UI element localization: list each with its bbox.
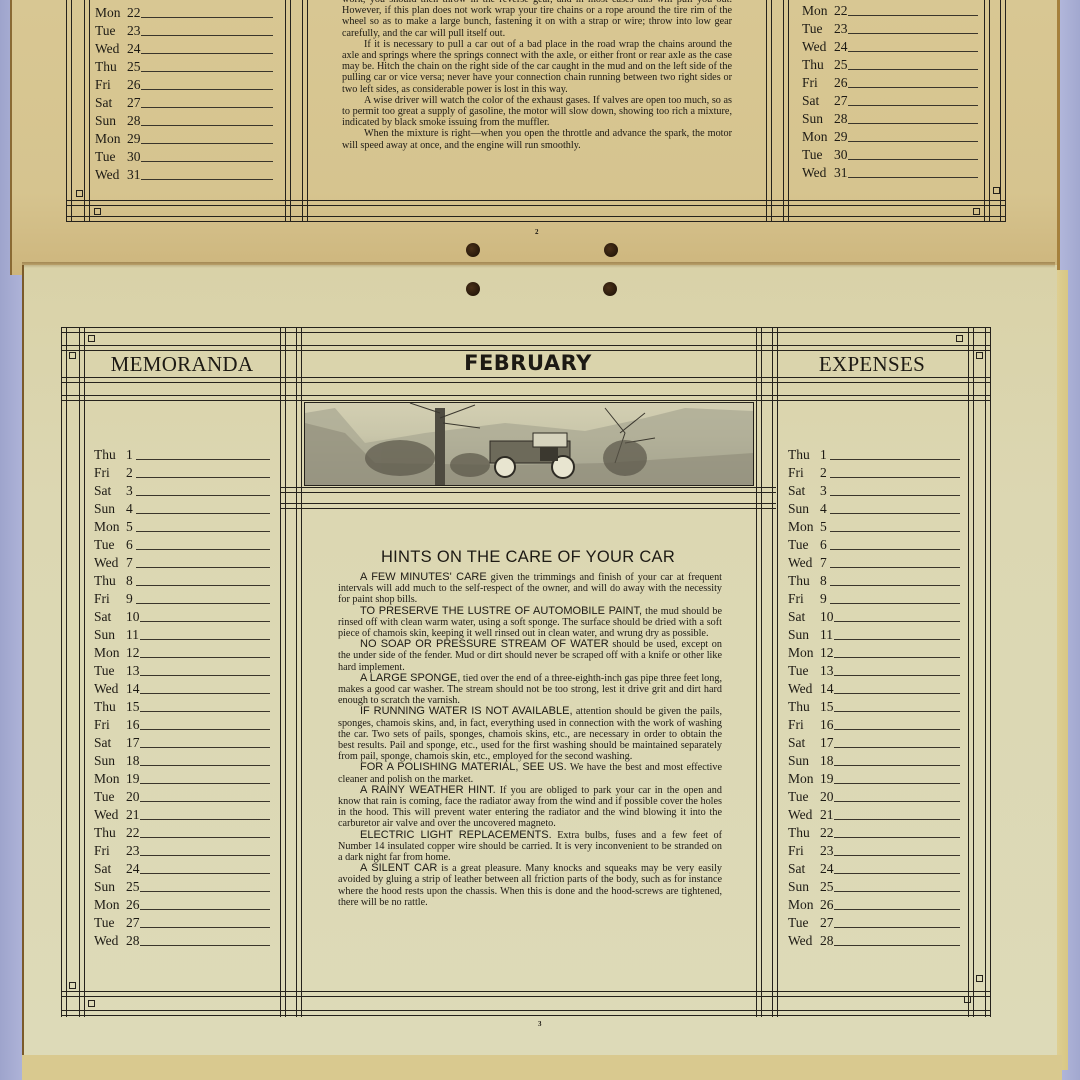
day-entry-row[interactable]: Thu15 [788,696,960,714]
date-label: 8 [820,574,830,588]
write-in-line[interactable] [834,819,960,820]
write-in-line[interactable] [848,51,978,52]
write-in-line[interactable] [140,855,270,856]
weekday-label: Tue [95,150,127,164]
day-entry-row[interactable]: Thu15 [94,696,270,714]
write-in-line[interactable] [136,459,270,460]
weekday-label: Sat [788,484,820,498]
weekday-label: Sun [94,502,126,516]
day-entry-row[interactable]: Fri16 [94,714,270,732]
weekday-label: Sun [94,628,126,642]
weekday-label: Wed [94,556,126,570]
write-in-line[interactable] [141,71,273,72]
write-in-line[interactable] [140,747,270,748]
day-entry-row[interactable]: Tue20 [94,786,270,804]
memoranda-day-list: Thu1Fri2Sat3Sun4Mon5Tue6Wed7Thu8Fri9Sat1… [94,444,270,948]
write-in-line[interactable] [848,141,978,142]
day-entry-row[interactable]: Wed28 [94,930,270,948]
write-in-line[interactable] [140,801,270,802]
date-label: 12 [820,646,834,660]
weekday-label: Sun [788,502,820,516]
day-entry-row[interactable]: Fri2 [788,462,960,480]
day-entry-row[interactable]: Sun28 [802,108,978,126]
date-label: 30 [834,148,848,162]
weekday-label: Thu [802,58,834,72]
weekday-label: Thu [94,574,126,588]
day-entry-row[interactable]: Fri23 [94,840,270,858]
date-label: 1 [820,448,830,462]
write-in-line[interactable] [140,783,270,784]
weekday-label: Sun [95,114,127,128]
date-label: 7 [820,556,830,570]
write-in-line[interactable] [834,855,960,856]
write-in-line[interactable] [140,891,270,892]
weekday-label: Thu [94,826,126,840]
date-label: 24 [126,862,140,876]
weekday-label: Tue [94,664,126,678]
date-label: 22 [834,4,848,18]
article-paragraph: If it is necessary to pull a car out of … [342,39,732,95]
day-entry-row[interactable]: Sat27 [802,90,978,108]
month-heading: FEBRUARY [300,351,756,375]
weekday-label: Thu [94,700,126,714]
date-label: 26 [126,898,140,912]
day-entry-row[interactable]: Thu8 [788,570,960,588]
weekday-label: Sat [788,610,820,624]
date-label: 18 [126,754,140,768]
weekday-label: Wed [95,168,127,182]
day-entry-row[interactable]: Mon29 [802,126,978,144]
weekday-label: Mon [95,132,127,146]
write-in-line[interactable] [140,621,270,622]
day-entry-row[interactable]: Mon5 [94,516,270,534]
date-label: 28 [126,934,140,948]
day-entry-row[interactable]: Fri9 [94,588,270,606]
day-entry-row[interactable]: Sun18 [788,750,960,768]
write-in-line[interactable] [834,657,960,658]
write-in-line[interactable] [141,53,273,54]
hint-lead: A LARGE SPONGE, [360,672,460,684]
date-label: 19 [820,772,834,786]
previous-expenses-day-list: Mon22Tue23Wed24Thu25Fri26Sat27Sun28Mon29… [802,0,978,180]
weekday-label: Sun [94,880,126,894]
date-label: 6 [820,538,830,552]
previous-memoranda-day-list: Mon22Tue23Wed24Thu25Fri26Sat27Sun28Mon29… [95,2,273,182]
day-entry-row[interactable]: Mon22 [802,0,978,18]
write-in-line[interactable] [140,711,270,712]
weekday-label: Fri [788,844,820,858]
write-in-line[interactable] [834,639,960,640]
date-label: 11 [126,628,140,642]
weekday-label: Sat [788,736,820,750]
write-in-line[interactable] [140,837,270,838]
day-entry-row[interactable]: Fri2 [94,462,270,480]
write-in-line[interactable] [140,945,270,946]
touring-car-illustration [304,402,754,486]
memoranda-heading: MEMORANDA [84,352,280,377]
hint-paragraph: IF RUNNING WATER IS NOT AVAILABLE, atten… [338,706,722,762]
write-in-line[interactable] [834,675,960,676]
weekday-label: Wed [788,556,820,570]
day-entry-row[interactable]: Sun28 [95,110,273,128]
hint-lead: NO SOAP OR PRESSURE STREAM OF WATER [360,638,609,650]
day-entry-row[interactable]: Mon29 [95,128,273,146]
date-label: 13 [820,664,834,678]
weekday-label: Fri [94,592,126,606]
weekday-label: Tue [788,664,820,678]
day-entry-row[interactable]: Thu8 [94,570,270,588]
write-in-line[interactable] [834,801,960,802]
day-entry-row[interactable]: Sat10 [94,606,270,624]
weekday-label: Fri [94,718,126,732]
write-in-line[interactable] [834,909,960,910]
day-entry-row[interactable]: Sun18 [94,750,270,768]
write-in-line[interactable] [136,585,270,586]
write-in-line[interactable] [140,657,270,658]
weekday-label: Mon [95,6,127,20]
date-label: 27 [126,916,140,930]
binder-hole [603,282,617,296]
write-in-line[interactable] [848,15,978,16]
day-entry-row[interactable]: Wed28 [788,930,960,948]
date-label: 23 [127,24,141,38]
date-label: 20 [820,790,834,804]
weekday-label: Wed [95,42,127,56]
weekday-label: Mon [94,898,126,912]
day-entry-row[interactable]: Tue20 [788,786,960,804]
write-in-line[interactable] [140,693,270,694]
day-entry-row[interactable]: Tue27 [94,912,270,930]
day-entry-row[interactable]: Sat3 [94,480,270,498]
write-in-line[interactable] [848,69,978,70]
car-scene-icon [305,403,753,485]
day-entry-row[interactable]: Fri9 [788,588,960,606]
hints-article: A FEW MINUTES' CARE given the trimmings … [338,572,722,908]
date-label: 29 [834,130,848,144]
weekday-label: Thu [788,700,820,714]
day-entry-row[interactable]: Mon26 [94,894,270,912]
day-entry-row[interactable]: Wed24 [95,38,273,56]
write-in-line[interactable] [830,531,960,532]
day-entry-row[interactable]: Tue23 [95,20,273,38]
write-in-line[interactable] [834,927,960,928]
day-entry-row[interactable]: Sun4 [788,498,960,516]
write-in-line[interactable] [834,765,960,766]
day-entry-row[interactable]: Sun4 [94,498,270,516]
write-in-line[interactable] [141,143,273,144]
write-in-line[interactable] [848,177,978,178]
write-in-line[interactable] [830,603,960,604]
day-entry-row[interactable]: Tue6 [788,534,960,552]
day-entry-row[interactable]: Fri26 [95,74,273,92]
current-page-number: 3 [538,1020,542,1028]
hint-lead: TO PRESERVE THE LUSTRE OF AUTOMOBILE PAI… [360,605,642,617]
date-label: 27 [127,96,141,110]
hint-paragraph: A FEW MINUTES' CARE given the trimmings … [338,572,722,606]
write-in-line[interactable] [834,747,960,748]
weekday-label: Wed [94,682,126,696]
date-label: 14 [820,682,834,696]
hint-paragraph: A SILENT CAR is a great pleasure. Many k… [338,863,722,908]
date-label: 12 [126,646,140,660]
weekday-label: Fri [94,466,126,480]
write-in-line[interactable] [140,927,270,928]
write-in-line[interactable] [140,765,270,766]
write-in-line[interactable] [136,495,270,496]
day-entry-row[interactable]: Wed21 [788,804,960,822]
weekday-label: Wed [788,934,820,948]
day-entry-row[interactable]: Wed24 [802,36,978,54]
write-in-line[interactable] [141,179,273,180]
weekday-label: Fri [802,76,834,90]
weekday-label: Sat [788,862,820,876]
day-entry-row[interactable]: Tue30 [95,146,273,164]
write-in-line[interactable] [830,495,960,496]
write-in-line[interactable] [140,819,270,820]
date-label: 26 [820,898,834,912]
day-entry-row[interactable]: Tue13 [94,660,270,678]
hints-heading: HINTS ON THE CARE OF YOUR CAR [300,548,756,567]
date-label: 31 [127,168,141,182]
day-entry-row[interactable]: Tue27 [788,912,960,930]
day-entry-row[interactable]: Thu25 [802,54,978,72]
day-entry-row[interactable]: Sat3 [788,480,960,498]
day-entry-row[interactable]: Wed7 [94,552,270,570]
write-in-line[interactable] [830,585,960,586]
binder-hole [466,282,480,296]
day-entry-row[interactable]: Mon19 [788,768,960,786]
day-entry-row[interactable]: Sat27 [95,92,273,110]
weekday-label: Wed [788,682,820,696]
write-in-line[interactable] [830,513,960,514]
date-label: 28 [834,112,848,126]
weekday-label: Sun [788,880,820,894]
write-in-line[interactable] [136,477,270,478]
date-label: 9 [820,592,830,606]
day-entry-row[interactable]: Mon12 [94,642,270,660]
write-in-line[interactable] [141,161,273,162]
hint-paragraph: TO PRESERVE THE LUSTRE OF AUTOMOBILE PAI… [338,606,722,640]
date-label: 24 [127,42,141,56]
weekday-label: Tue [802,148,834,162]
hint-lead: IF RUNNING WATER IS NOT AVAILABLE, [360,705,573,717]
write-in-line[interactable] [140,675,270,676]
write-in-line[interactable] [834,891,960,892]
weekday-label: Sat [95,96,127,110]
day-entry-row[interactable]: Sun11 [788,624,960,642]
write-in-line[interactable] [848,123,978,124]
write-in-line[interactable] [136,603,270,604]
date-label: 4 [820,502,830,516]
weekday-label: Tue [788,790,820,804]
day-entry-row[interactable]: Mon22 [95,2,273,20]
weekday-label: Mon [94,646,126,660]
write-in-line[interactable] [834,783,960,784]
date-label: 25 [126,880,140,894]
day-entry-row[interactable]: Wed14 [94,678,270,696]
day-entry-row[interactable]: Wed31 [95,164,273,182]
date-label: 5 [820,520,830,534]
date-label: 18 [820,754,834,768]
write-in-line[interactable] [141,125,273,126]
hint-lead: FOR A POLISHING MATERIAL, SEE US. [360,761,567,773]
day-entry-row[interactable]: Wed7 [788,552,960,570]
weekday-label: Mon [802,130,834,144]
date-label: 15 [126,700,140,714]
write-in-line[interactable] [140,909,270,910]
write-in-line[interactable] [834,837,960,838]
date-label: 22 [127,6,141,20]
weekday-label: Wed [94,808,126,822]
day-entry-row[interactable]: Fri16 [788,714,960,732]
date-label: 16 [820,718,834,732]
weekday-label: Wed [94,934,126,948]
date-label: 22 [126,826,140,840]
write-in-line[interactable] [140,639,270,640]
date-label: 10 [820,610,834,624]
day-entry-row[interactable]: Fri23 [788,840,960,858]
date-label: 23 [126,844,140,858]
weekday-label: Mon [788,772,820,786]
day-entry-row[interactable]: Thu22 [94,822,270,840]
date-label: 17 [820,736,834,750]
date-label: 21 [820,808,834,822]
write-in-line[interactable] [136,567,270,568]
write-in-line[interactable] [834,693,960,694]
write-in-line[interactable] [830,567,960,568]
date-label: 27 [820,916,834,930]
day-entry-row[interactable]: Tue23 [802,18,978,36]
day-entry-row[interactable]: Sat10 [788,606,960,624]
write-in-line[interactable] [141,107,273,108]
day-entry-row[interactable]: Tue6 [94,534,270,552]
date-label: 14 [126,682,140,696]
expenses-day-list: Thu1Fri2Sat3Sun4Mon5Tue6Wed7Thu8Fri9Sat1… [788,444,960,948]
write-in-line[interactable] [848,159,978,160]
weekday-label: Fri [94,844,126,858]
day-entry-row[interactable]: Fri26 [802,72,978,90]
day-entry-row[interactable]: Wed14 [788,678,960,696]
day-entry-row[interactable]: Thu1 [94,444,270,462]
weekday-label: Wed [788,808,820,822]
weekday-label: Fri [788,466,820,480]
weekday-label: Sat [94,862,126,876]
write-in-line[interactable] [848,87,978,88]
weekday-label: Thu [94,448,126,462]
weekday-label: Wed [802,166,834,180]
weekday-label: Tue [94,916,126,930]
weekday-label: Sun [802,112,834,126]
day-entry-row[interactable]: Mon19 [94,768,270,786]
write-in-line[interactable] [834,729,960,730]
write-in-line[interactable] [136,531,270,532]
date-label: 1 [126,448,136,462]
day-entry-row[interactable]: Mon5 [788,516,960,534]
weekday-label: Mon [788,520,820,534]
write-in-line[interactable] [136,549,270,550]
date-label: 22 [820,826,834,840]
day-entry-row[interactable]: Tue13 [788,660,960,678]
date-label: 29 [127,132,141,146]
day-entry-row[interactable]: Sat17 [94,732,270,750]
date-label: 27 [834,94,848,108]
weekday-label: Mon [94,772,126,786]
day-entry-row[interactable]: Sun25 [788,876,960,894]
day-entry-row[interactable]: Thu22 [788,822,960,840]
day-entry-row[interactable]: Tue30 [802,144,978,162]
write-in-line[interactable] [141,17,273,18]
day-entry-row[interactable]: Thu1 [788,444,960,462]
day-entry-row[interactable]: Thu25 [95,56,273,74]
date-label: 16 [126,718,140,732]
date-label: 23 [834,22,848,36]
date-label: 17 [126,736,140,750]
day-entry-row[interactable]: Sun11 [94,624,270,642]
date-label: 2 [820,466,830,480]
date-label: 7 [126,556,136,570]
hint-paragraph: NO SOAP OR PRESSURE STREAM OF WATER shou… [338,639,722,673]
write-in-line[interactable] [848,105,978,106]
expenses-heading: EXPENSES [776,352,968,377]
day-entry-row[interactable]: Sat17 [788,732,960,750]
day-entry-row[interactable]: Mon12 [788,642,960,660]
date-label: 28 [127,114,141,128]
write-in-line[interactable] [141,89,273,90]
binder-hole [604,243,618,257]
weekday-label: Sun [788,754,820,768]
weekday-label: Mon [788,898,820,912]
day-entry-row[interactable]: Mon26 [788,894,960,912]
write-in-line[interactable] [136,513,270,514]
weekday-label: Sat [802,94,834,108]
write-in-line[interactable] [830,477,960,478]
write-in-line[interactable] [140,873,270,874]
write-in-line[interactable] [848,33,978,34]
write-in-line[interactable] [834,945,960,946]
day-entry-row[interactable]: Wed31 [802,162,978,180]
weekday-label: Sun [94,754,126,768]
weekday-label: Sat [94,736,126,750]
weekday-label: Mon [788,646,820,660]
weekday-label: Wed [802,40,834,54]
write-in-line[interactable] [834,621,960,622]
day-entry-row[interactable]: Sun25 [94,876,270,894]
weekday-label: Tue [94,538,126,552]
hint-lead: A SILENT CAR [360,862,437,874]
write-in-line[interactable] [830,549,960,550]
weekday-label: Mon [802,4,834,18]
day-entry-row[interactable]: Sat24 [788,858,960,876]
date-label: 26 [127,78,141,92]
date-label: 3 [126,484,136,498]
article-paragraph: A wise driver will watch the color of th… [342,95,732,129]
write-in-line[interactable] [834,711,960,712]
write-in-line[interactable] [830,459,960,460]
write-in-line[interactable] [834,873,960,874]
hint-lead: ELECTRIC LIGHT REPLACEMENTS. [360,829,552,841]
write-in-line[interactable] [141,35,273,36]
date-label: 23 [820,844,834,858]
weekday-label: Fri [95,78,127,92]
day-entry-row[interactable]: Wed21 [94,804,270,822]
hint-paragraph: A LARGE SPONGE, tied over the end of a t… [338,673,722,707]
date-label: 2 [126,466,136,480]
write-in-line[interactable] [140,729,270,730]
hint-paragraph: A RAINY WEATHER HINT. If you are obliged… [338,785,722,830]
date-label: 10 [126,610,140,624]
day-entry-row[interactable]: Sat24 [94,858,270,876]
weekday-label: Sat [94,484,126,498]
